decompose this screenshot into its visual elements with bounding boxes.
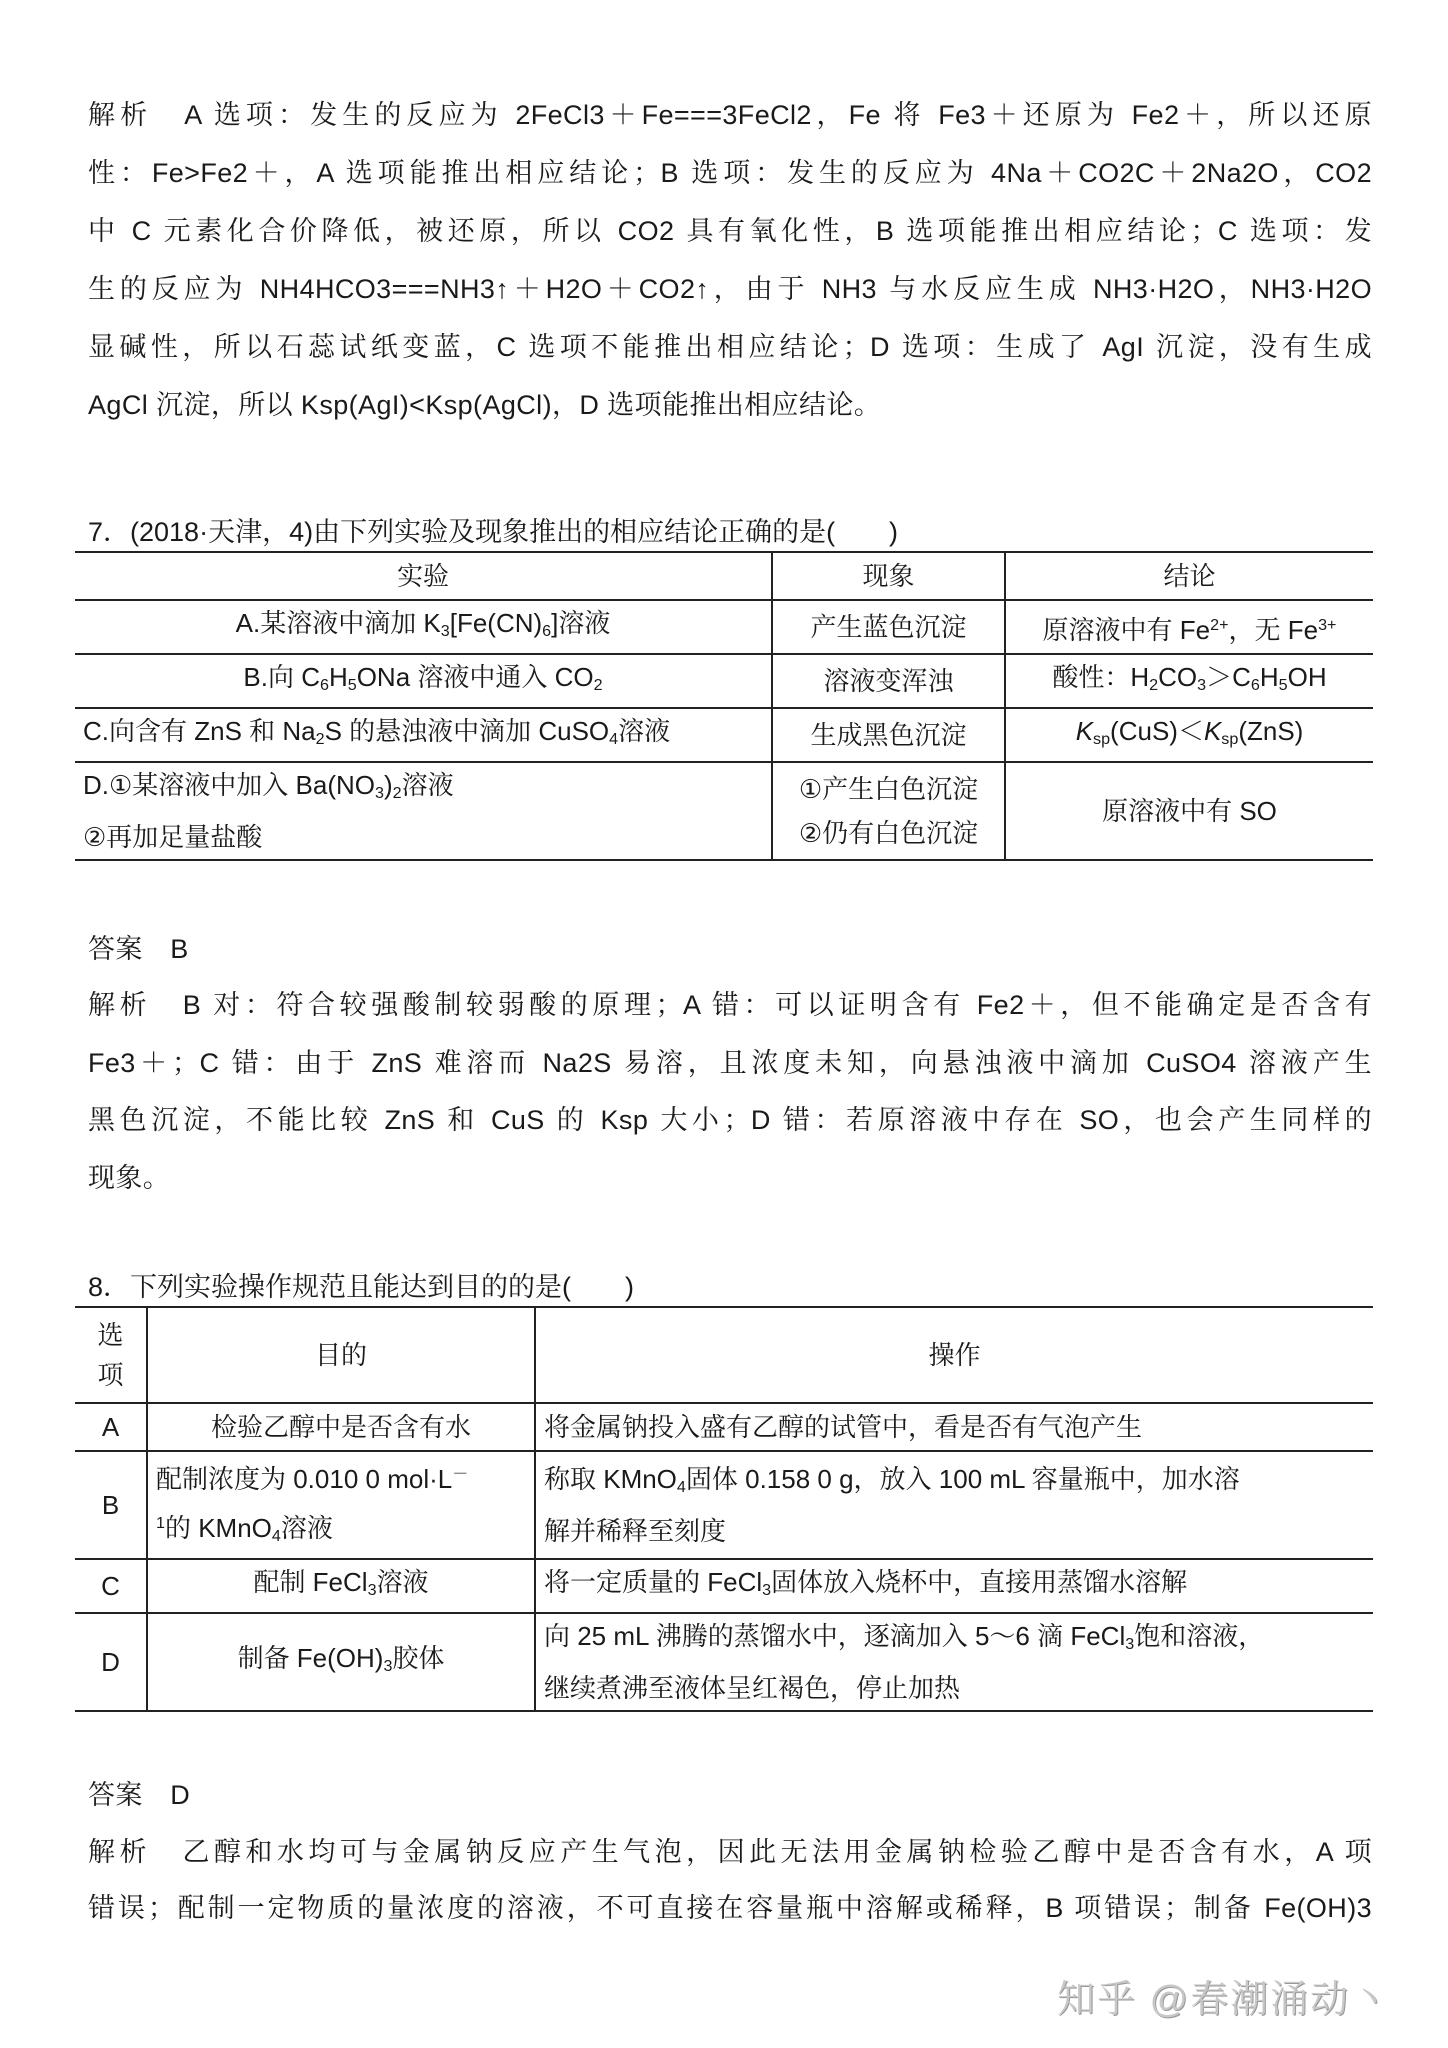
superscript: 3+ (1318, 616, 1336, 634)
text: 称取 KMnO4固体 0.158 0 g，放入 100 mL 容量瓶中，加水溶 (544, 1457, 1365, 1509)
phenomenon-step-2: ②仍有白色沉淀 (781, 811, 996, 855)
q6-analysis-line: 性：Fe>Fe2＋，A 选项能推出相应结论；B 选项：发生的反应为 4Na＋CO… (88, 156, 1372, 190)
q7-answer: 答案 B (88, 932, 189, 966)
subscript: sp (1221, 730, 1238, 748)
text: A.某溶液中滴加 K (236, 608, 441, 638)
subscript: 2 (1149, 676, 1158, 694)
text: 饱和溶液， (1134, 1621, 1264, 1651)
subscript: 6 (542, 622, 551, 640)
table-header-row: 选 项 目的 操作 (75, 1307, 1373, 1403)
text: 制备 Fe(OH) (238, 1643, 384, 1673)
text: 配制 FeCl (253, 1567, 367, 1597)
text: 固体放入烧杯中，直接用蒸馏水溶解 (771, 1567, 1187, 1597)
purpose-cell: 检验乙醇中是否含有水 (147, 1403, 535, 1451)
q8-answer: 答案 D (88, 1778, 190, 1812)
table-row: D 制备 Fe(OH)3胶体 向 25 mL 沸腾的蒸馏水中，逐滴加入 5～6 … (75, 1613, 1373, 1711)
q6-analysis-line: 显碱性，所以石蕊试纸变蓝，C 选项不能推出相应结论；D 选项：生成了 AgI 沉… (88, 330, 1372, 364)
operation-cell: 称取 KMnO4固体 0.158 0 g，放入 100 mL 容量瓶中，加水溶 … (535, 1451, 1373, 1559)
text: H (1260, 662, 1279, 692)
zhihu-watermark: 知乎 @春潮涌动丶 (1057, 1968, 1390, 2023)
subscript: 2 (393, 784, 402, 802)
operation-cell: 将金属钠投入盛有乙醇的试管中，看是否有气泡产生 (535, 1403, 1373, 1451)
text: S 的悬浊液中滴加 CuSO (325, 716, 610, 746)
table-row: C 配制 FeCl3溶液 将一定质量的 FeCl3固体放入烧杯中，直接用蒸馏水溶… (75, 1559, 1373, 1613)
phenomenon-cell: 产生蓝色沉淀 (772, 600, 1005, 654)
text: ＞C (1206, 662, 1251, 692)
q6-analysis-line: 生的反应为 NH4HCO3===NH3↑＋H2O＋CO2↑，由于 NH3 与水反… (88, 272, 1372, 306)
header-conclusion: 结论 (1005, 552, 1373, 600)
text: 的 KMnO (165, 1513, 272, 1543)
subscript: 4 (677, 1478, 686, 1496)
table-row: C.向含有 ZnS 和 Na2S 的悬浊液中滴加 CuSO4溶液 生成黑色沉淀 … (75, 708, 1373, 762)
subscript: 6 (1251, 676, 1260, 694)
option-cell: B (75, 1451, 147, 1559)
text: 溶液 (618, 716, 670, 746)
purpose-cell: 制备 Fe(OH)3胶体 (147, 1613, 535, 1711)
q7-analysis-line: 解析 B 对：符合较强酸制较弱酸的原理；A 错：可以证明含有 Fe2＋，但不能确… (88, 988, 1372, 1022)
q7-analysis-line: 现象。 (88, 1161, 170, 1195)
q7-analysis-line: 黑色沉淀，不能比较 ZnS 和 CuS 的 Ksp 大小；D 错：若原溶液中存在… (88, 1103, 1372, 1137)
phenomenon-step-1: ①产生白色沉淀 (781, 767, 996, 811)
table-row: A 检验乙醇中是否含有水 将金属钠投入盛有乙醇的试管中，看是否有气泡产生 (75, 1403, 1373, 1451)
text: 项 (75, 1355, 146, 1395)
experiment-step-2: ②再加足量盐酸 (83, 815, 763, 859)
conclusion-cell: 酸性：H2CO3＞C6H5OH (1005, 654, 1373, 708)
header-experiment: 实验 (75, 552, 772, 600)
subscript: 5 (348, 676, 357, 694)
text: ) (384, 770, 393, 800)
purpose-cell: 配制 FeCl3溶液 (147, 1559, 535, 1613)
header-option: 选 项 (75, 1307, 147, 1403)
text: ONa 溶液中通入 CO (357, 662, 594, 692)
subscript: 3 (375, 784, 384, 802)
subscript: 4 (609, 730, 618, 748)
q8-analysis-line: 解析 乙醇和水均可与金属钠反应产生气泡，因此无法用金属钠检验乙醇中是否含有水，A… (88, 1835, 1372, 1869)
operation-cell: 向 25 mL 沸腾的蒸馏水中，逐滴加入 5～6 滴 FeCl3饱和溶液， 继续… (535, 1613, 1373, 1711)
experiment-cell: A.某溶液中滴加 K3[Fe(CN)6]溶液 (75, 600, 772, 654)
text: ，无 Fe (1229, 614, 1319, 644)
option-cell: A (75, 1403, 147, 1451)
text: 称取 KMnO (544, 1464, 677, 1494)
superscript: － (452, 1465, 468, 1483)
subscript: 5 (1279, 676, 1288, 694)
experiment-cell: B.向 C6H5ONa 溶液中通入 CO2 (75, 654, 772, 708)
subscript: 3 (368, 1581, 377, 1599)
subscript: 3 (762, 1581, 771, 1599)
q8-analysis-line: 错误；配制一定物质的量浓度的溶液，不可直接在容量瓶中溶解或稀释，B 项错误；制备… (88, 1891, 1372, 1925)
conclusion-cell: 原溶液中有 SO (1005, 762, 1373, 860)
option-cell: D (75, 1613, 147, 1711)
q6-analysis-line: 中 C 元素化合价降低，被还原，所以 CO2 具有氧化性，B 选项能推出相应结论… (88, 214, 1372, 248)
table-row: A.某溶液中滴加 K3[Fe(CN)6]溶液 产生蓝色沉淀 原溶液中有 Fe2+… (75, 600, 1373, 654)
q7-analysis-line: Fe3＋；C 错：由于 ZnS 难溶而 Na2S 易溶，且浓度未知，向悬浊液中滴… (88, 1046, 1372, 1080)
subscript: sp (1093, 730, 1110, 748)
q8-title: 8．下列实验操作规范且能达到目的的是( ) (88, 1270, 634, 1304)
text: K (1076, 716, 1093, 746)
text: H (329, 662, 348, 692)
text: 配制浓度为 0.010 0 mol·L (156, 1464, 452, 1494)
text: (ZnS) (1238, 716, 1303, 746)
text: 溶液 (402, 770, 454, 800)
subscript: 3 (441, 622, 450, 640)
text: ]溶液 (551, 608, 610, 638)
table-row: B 配制浓度为 0.010 0 mol·L－ 1的 KMnO4溶液 称取 KMn… (75, 1451, 1373, 1559)
q7-table: 实验 现象 结论 A.某溶液中滴加 K3[Fe(CN)6]溶液 产生蓝色沉淀 原… (75, 551, 1373, 861)
experiment-cell: D.①某溶液中加入 Ba(NO3)2溶液 ②再加足量盐酸 (75, 762, 772, 860)
experiment-step-1: D.①某溶液中加入 Ba(NO3)2溶液 (83, 763, 763, 815)
q6-analysis-line: 解析 A 选项：发生的反应为 2FeCl3＋Fe===3FeCl2，Fe 将 F… (88, 98, 1372, 132)
table-row: D.①某溶液中加入 Ba(NO3)2溶液 ②再加足量盐酸 ①产生白色沉淀 ②仍有… (75, 762, 1373, 860)
header-phenomenon: 现象 (772, 552, 1005, 600)
text: 将一定质量的 FeCl (544, 1567, 762, 1597)
text: 酸性：H (1052, 662, 1149, 692)
q8-table: 选 项 目的 操作 A 检验乙醇中是否含有水 将金属钠投入盛有乙醇的试管中，看是… (75, 1306, 1373, 1712)
subscript: 2 (594, 676, 603, 694)
text: 解并稀释至刻度 (544, 1509, 1365, 1553)
phenomenon-cell: 生成黑色沉淀 (772, 708, 1005, 762)
text: 继续煮沸至液体呈红褐色，停止加热 (544, 1666, 1365, 1710)
phenomenon-cell: 溶液变浑浊 (772, 654, 1005, 708)
text: K (1204, 716, 1221, 746)
q7-title: 7．(2018·天津，4)由下列实验及现象推出的相应结论正确的是( ) (88, 515, 898, 549)
text: 溶液 (377, 1567, 429, 1597)
option-cell: C (75, 1559, 147, 1613)
text: B.向 C (243, 662, 320, 692)
table-header-row: 实验 现象 结论 (75, 552, 1373, 600)
operation-cell: 将一定质量的 FeCl3固体放入烧杯中，直接用蒸馏水溶解 (535, 1559, 1373, 1613)
text: 固体 0.158 0 g，放入 100 mL 容量瓶中，加水溶 (686, 1464, 1240, 1494)
q6-analysis-line: AgCl 沉淀，所以 Ksp(AgI)<Ksp(AgCl)，D 选项能推出相应结… (88, 388, 881, 422)
text: 溶液 (281, 1513, 333, 1543)
text: [Fe(CN) (450, 608, 542, 638)
subscript: 3 (1125, 1635, 1134, 1653)
text: 配制浓度为 0.010 0 mol·L－ (156, 1452, 526, 1501)
text: C.向含有 ZnS 和 Na (83, 716, 316, 746)
text: 胶体 (392, 1643, 444, 1673)
header-operation: 操作 (535, 1307, 1373, 1403)
text: 选 (75, 1315, 146, 1355)
experiment-cell: C.向含有 ZnS 和 Na2S 的悬浊液中滴加 CuSO4溶液 (75, 708, 772, 762)
text: CO (1158, 662, 1197, 692)
purpose-cell: 配制浓度为 0.010 0 mol·L－ 1的 KMnO4溶液 (147, 1451, 535, 1559)
table-row: B.向 C6H5ONa 溶液中通入 CO2 溶液变浑浊 酸性：H2CO3＞C6H… (75, 654, 1373, 708)
subscript: 6 (320, 676, 329, 694)
subscript: 4 (272, 1527, 281, 1545)
conclusion-cell: Ksp(CuS)＜Ksp(ZnS) (1005, 708, 1373, 762)
superscript: 1 (156, 1514, 165, 1532)
header-purpose: 目的 (147, 1307, 535, 1403)
conclusion-cell: 原溶液中有 Fe2+，无 Fe3+ (1005, 600, 1373, 654)
phenomenon-cell: ①产生白色沉淀 ②仍有白色沉淀 (772, 762, 1005, 860)
text: 向 25 mL 沸腾的蒸馏水中，逐滴加入 5～6 滴 FeCl (544, 1621, 1125, 1651)
superscript: 2+ (1210, 616, 1228, 634)
text: (CuS)＜ (1110, 716, 1204, 746)
text: 原溶液中有 Fe (1043, 614, 1211, 644)
subscript: 2 (316, 730, 325, 748)
subscript: 3 (1197, 676, 1206, 694)
text: OH (1288, 662, 1327, 692)
text: 1的 KMnO4溶液 (156, 1501, 526, 1558)
text: 向 25 mL 沸腾的蒸馏水中，逐滴加入 5～6 滴 FeCl3饱和溶液， (544, 1614, 1365, 1666)
text: D.①某溶液中加入 Ba(NO (83, 770, 375, 800)
